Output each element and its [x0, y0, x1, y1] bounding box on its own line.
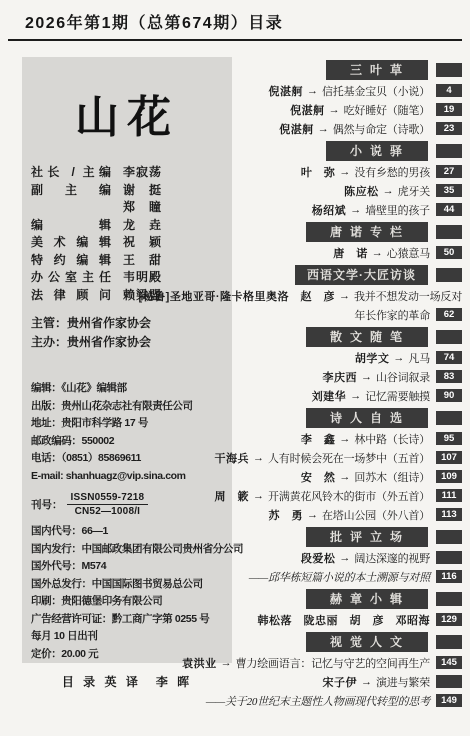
staff-name: 李寂荡	[123, 163, 162, 180]
toc-entry: 陈应松→虎牙关35	[236, 181, 462, 200]
publishing-line: 电话：（0851）85869611	[31, 450, 223, 468]
page-number-badge: 74	[436, 351, 462, 364]
section-end-box	[436, 330, 462, 344]
entry-title: 凡马	[408, 350, 430, 366]
toc-entry: 袁洪业→曹力绘画语言：记忆与守艺的空间再生产145	[236, 653, 462, 672]
arrow-icon: →	[361, 371, 372, 383]
masthead-panel: 山花 社长 / 主编李寂荡副主编谢 挺郑 瞳编辑龙 垚美术编辑祝 颖特约编辑王 …	[22, 57, 232, 663]
staff-row: 编辑龙 垚	[31, 216, 223, 234]
section-title: 唐诺专栏	[306, 222, 428, 242]
arrow-icon: →	[339, 552, 350, 564]
entry-title: 信托基金宝贝（小说）	[322, 83, 430, 99]
entry-author: 李庆西	[323, 369, 358, 385]
staff-role: 特约编辑	[31, 251, 111, 268]
section-header-row: 散文随笔	[236, 328, 462, 345]
entry-title: 我并不想发动一场反对	[354, 288, 462, 304]
cn-number: CN52—1008/I	[67, 505, 149, 517]
translator-line: 目 录 英 译 李 晖	[31, 673, 223, 690]
toc-entry: 干海兵→人有时候会死在一场梦中（五首）107	[236, 448, 462, 467]
section-end-box	[436, 530, 462, 544]
page-number-badge: 107	[436, 451, 462, 464]
magazine-title: 山花	[31, 81, 223, 145]
entry-title: 没有乡愁的男孩	[354, 164, 430, 180]
distribution-line: 国外总发行：中国国际图书贸易总公司	[31, 576, 223, 594]
org-block: 主管：贵州省作家协会 主办：贵州省作家协会	[31, 314, 223, 350]
section-end-box	[436, 411, 462, 425]
toc-entry: ——关于20世纪末主题性人物画现代转型的思考149	[236, 691, 462, 710]
arrow-icon: →	[350, 390, 361, 402]
entry-author: 苏 勇	[269, 507, 304, 523]
page-number-badge: 4	[436, 84, 462, 97]
arrow-icon: →	[350, 204, 361, 216]
toc-entry: 胡学文→凡马74	[236, 348, 462, 367]
section-title: 视觉人文	[306, 632, 428, 652]
page-number-badge: 35	[436, 184, 462, 197]
entry-author: 倪湛舸	[279, 121, 314, 137]
entry-title: 偶然与命定（诗歌）	[333, 121, 430, 137]
publishing-line: 出版：贵州山花杂志社有限责任公司	[31, 398, 223, 416]
publishing-line: E-mail: shanhuagz@vip.sina.com	[31, 468, 223, 486]
staff-list: 社长 / 主编李寂荡副主编谢 挺郑 瞳编辑龙 垚美术编辑祝 颖特约编辑王 甜办公…	[31, 163, 223, 303]
staff-role: 副主编	[31, 181, 111, 198]
staff-row: 郑 瞳	[31, 198, 223, 216]
distribution-line: 国内代号：66—1	[31, 523, 223, 541]
entry-title: 曹力绘画语言：记忆与守艺的空间再生产	[236, 655, 430, 671]
toc-entry: 叶 弥→没有乡愁的男孩27	[236, 162, 462, 181]
entry-title: 开满黄花风铃木的街市（外五首）	[268, 488, 430, 504]
arrow-icon: →	[253, 490, 264, 502]
entry-author: 刘建华	[312, 388, 347, 404]
page-number-badge: 19	[436, 103, 462, 116]
arrow-icon: →	[339, 471, 350, 483]
section-title: 批评立场	[306, 527, 428, 547]
entry-author: [秘鲁]圣地亚哥·隆卡格里奥洛 赵 彦	[139, 288, 336, 304]
publishing-line: 地址：贵阳市科学路 17 号	[31, 415, 223, 433]
toc-entry: 倪湛舸→偶然与命定（诗歌）23	[236, 119, 462, 138]
entry-author: 韩松落 陇忠丽 胡 彦 邓昭海	[258, 612, 431, 628]
toc-entry: 周 簌→开满黄花风铃木的街市（外五首）111	[236, 486, 462, 505]
organizer-line: 主办：贵州省作家协会	[31, 333, 223, 350]
toc-entry: 韩松落 陇忠丽 胡 彦 邓昭海129	[236, 610, 462, 629]
entry-title: 年长作家的革命	[354, 307, 430, 323]
section-title: 散文随笔	[306, 327, 428, 347]
entry-author: 倪湛舸	[269, 83, 304, 99]
staff-row: 社长 / 主编李寂荡	[31, 163, 223, 181]
toc-entry: 刘建华→记忆需要触摸90	[236, 386, 462, 405]
toc-entry: 宋子伊→演进与繁荣	[236, 672, 462, 691]
toc-entry: 段爱松→阔达深邃的视野	[236, 548, 462, 567]
page-number-badge: 116	[436, 570, 462, 583]
staff-name: 龙 垚	[123, 216, 162, 233]
page-number-badge: 90	[436, 389, 462, 402]
section-header-row: 三叶草	[236, 61, 462, 78]
section-end-box	[436, 144, 462, 158]
toc-entry: 唐 诺→心猿意马50	[236, 243, 462, 262]
arrow-icon: →	[307, 85, 318, 97]
staff-row: 特约编辑王 甜	[31, 251, 223, 269]
entry-author: 杨绍斌	[312, 202, 347, 218]
section-end-box	[436, 592, 462, 606]
staff-role: 法律顾问	[31, 286, 111, 303]
page-number-badge: 145	[436, 656, 462, 669]
arrow-icon: →	[383, 185, 394, 197]
section-header-row: 小说驿	[236, 142, 462, 159]
distribution-line: 印刷：贵阳德堡印务有限公司	[31, 593, 223, 611]
entry-title: 人有时候会死在一场梦中（五首）	[268, 450, 430, 466]
page-number-badge: 83	[436, 370, 462, 383]
section-end-box	[436, 225, 462, 239]
toc-entry: ——邱华栋短篇小说的本土溯源与对照116	[236, 567, 462, 586]
entry-author: 宋子伊	[323, 674, 358, 690]
arrow-icon: →	[329, 104, 340, 116]
page-number-badge: 109	[436, 470, 462, 483]
staff-name: 谢 挺	[123, 181, 162, 198]
staff-role: 编辑	[31, 216, 111, 233]
distribution-line: 每月 10 日出刊	[31, 628, 223, 646]
section-end-box	[436, 268, 462, 282]
arrow-icon: →	[339, 433, 350, 445]
section-header-row: 赫章小辑	[236, 590, 462, 607]
arrow-icon: →	[221, 657, 232, 669]
arrow-icon: →	[307, 509, 318, 521]
toc-entry: 杨绍斌→墙壁里的孩子44	[236, 200, 462, 219]
page-number-badge: 62	[436, 308, 462, 321]
arrow-icon: →	[339, 290, 350, 302]
entry-title: 虎牙关	[398, 183, 430, 199]
staff-name: 郑 瞳	[123, 198, 162, 215]
staff-row: 美术编辑祝 颖	[31, 233, 223, 251]
publishing-block: 编辑：《山花》编辑部出版：贵州山花杂志社有限责任公司地址：贵阳市科学路 17 号…	[31, 380, 223, 485]
page-number-badge	[436, 551, 462, 564]
entry-author: 段爱松	[301, 550, 336, 566]
section-title: 诗人自选	[306, 408, 428, 428]
section-title: 赫章小辑	[306, 589, 428, 609]
entry-author: 倪湛舸	[290, 102, 325, 118]
arrow-icon: →	[372, 247, 383, 259]
toc-entry: 安 然→回苏木（组诗）109	[236, 467, 462, 486]
entry-author: 袁洪业	[182, 655, 217, 671]
section-header-row: 视觉人文	[236, 633, 462, 650]
page-number-badge: 111	[436, 489, 462, 502]
issue-code-label: 刊号：	[31, 497, 63, 512]
toc-entry: 倪湛舸→信托基金宝贝（小说）4	[236, 81, 462, 100]
page-title: 2026年第1期（总第674期）目录	[25, 10, 283, 33]
page-number-badge	[436, 675, 462, 688]
staff-role: 社长 / 主编	[31, 163, 111, 180]
distribution-line: 广告经营许可证：黔工商广字第 0255 号	[31, 611, 223, 629]
entry-title: 在塔山公园（外八首）	[322, 507, 430, 523]
staff-name: 祝 颖	[123, 233, 162, 250]
entry-title: 山谷词叙录	[376, 369, 430, 385]
arrow-icon: →	[253, 452, 264, 464]
entry-title: 阔达深邃的视野	[354, 550, 430, 566]
entry-author: 陈应松	[344, 183, 379, 199]
entry-author: 胡学文	[355, 350, 390, 366]
arrow-icon: →	[318, 123, 329, 135]
publishing-line: 编辑：《山花》编辑部	[31, 380, 223, 398]
entry-author: 安 然	[301, 469, 336, 485]
entry-title: 回苏木（组诗）	[354, 469, 430, 485]
entry-title: ——关于20世纪末主题性人物画现代转型的思考	[206, 693, 430, 709]
arrow-icon: →	[361, 676, 372, 688]
page-number-badge: 113	[436, 508, 462, 521]
page-number-badge: 27	[436, 165, 462, 178]
page-number-badge: 95	[436, 432, 462, 445]
entry-title: 林中路（长诗）	[354, 431, 430, 447]
staff-name: 韦明殿	[123, 268, 162, 285]
arrow-icon: →	[393, 352, 404, 364]
page-number-badge: 44	[436, 203, 462, 216]
section-end-box	[436, 635, 462, 649]
section-header-row: 诗人自选	[236, 409, 462, 426]
entry-title: 墙壁里的孩子	[365, 202, 430, 218]
arrow-icon: →	[339, 166, 350, 178]
issue-code: 刊号： ISSN0559-7218 CN52—1008/I	[31, 487, 223, 521]
toc-entry: 李 鑫→林中路（长诗）95	[236, 429, 462, 448]
distribution-block: 国内代号：66—1国内发行：中国邮政集团有限公司贵州省分公司国外代号：M574国…	[31, 523, 223, 663]
distribution-line: 国外代号：M574	[31, 558, 223, 576]
entry-title: 心猿意马	[387, 245, 430, 261]
section-header-row: 唐诺专栏	[236, 223, 462, 240]
issue-code-fraction: ISSN0559-7218 CN52—1008/I	[67, 492, 149, 517]
toc-entry: 年长作家的革命62	[236, 305, 462, 324]
staff-row: 办公室主任韦明殿	[31, 268, 223, 286]
section-title: 西语文学·大匠访谈	[295, 265, 428, 285]
entry-author: 周 簌	[215, 488, 250, 504]
issn-number: ISSN0559-7218	[67, 492, 149, 505]
staff-name: 王 甜	[123, 251, 162, 268]
page-number-badge: 50	[436, 246, 462, 259]
toc-entry: [秘鲁]圣地亚哥·隆卡格里奥洛 赵 彦→我并不想发动一场反对	[236, 286, 462, 305]
entry-author: 唐 诺	[333, 245, 368, 261]
entry-author: 干海兵	[215, 450, 250, 466]
toc: 三叶草倪湛舸→信托基金宝贝（小说）4倪湛舸→吃好睡好（随笔）19倪湛舸→偶然与命…	[236, 57, 462, 710]
supervisor-line: 主管：贵州省作家协会	[31, 314, 223, 331]
toc-entry: 李庆西→山谷词叙录83	[236, 367, 462, 386]
entry-title: ——邱华栋短篇小说的本土溯源与对照	[249, 569, 430, 585]
section-header-row: 西语文学·大匠访谈	[236, 266, 462, 283]
staff-role: 美术编辑	[31, 233, 111, 250]
section-title: 小说驿	[326, 141, 428, 161]
entry-title: 演进与繁荣	[376, 674, 430, 690]
staff-row: 副主编谢 挺	[31, 181, 223, 199]
page-number-badge: 23	[436, 122, 462, 135]
page-number-badge: 129	[436, 613, 462, 626]
staff-role: 办公室主任	[31, 268, 111, 285]
distribution-line: 国内发行：中国邮政集团有限公司贵州省分公司	[31, 541, 223, 559]
page-number-badge: 149	[436, 694, 462, 707]
section-end-box	[436, 63, 462, 77]
toc-entry: 苏 勇→在塔山公园（外八首）113	[236, 505, 462, 524]
header-divider	[8, 39, 462, 41]
section-title: 三叶草	[326, 60, 428, 80]
publishing-line: 邮政编码：550002	[31, 433, 223, 451]
section-header-row: 批评立场	[236, 528, 462, 545]
entry-author: 叶 弥	[301, 164, 336, 180]
toc-entry: 倪湛舸→吃好睡好（随笔）19	[236, 100, 462, 119]
entry-author: 李 鑫	[301, 431, 336, 447]
entry-title: 记忆需要触摸	[365, 388, 430, 404]
entry-title: 吃好睡好（随笔）	[344, 102, 430, 118]
